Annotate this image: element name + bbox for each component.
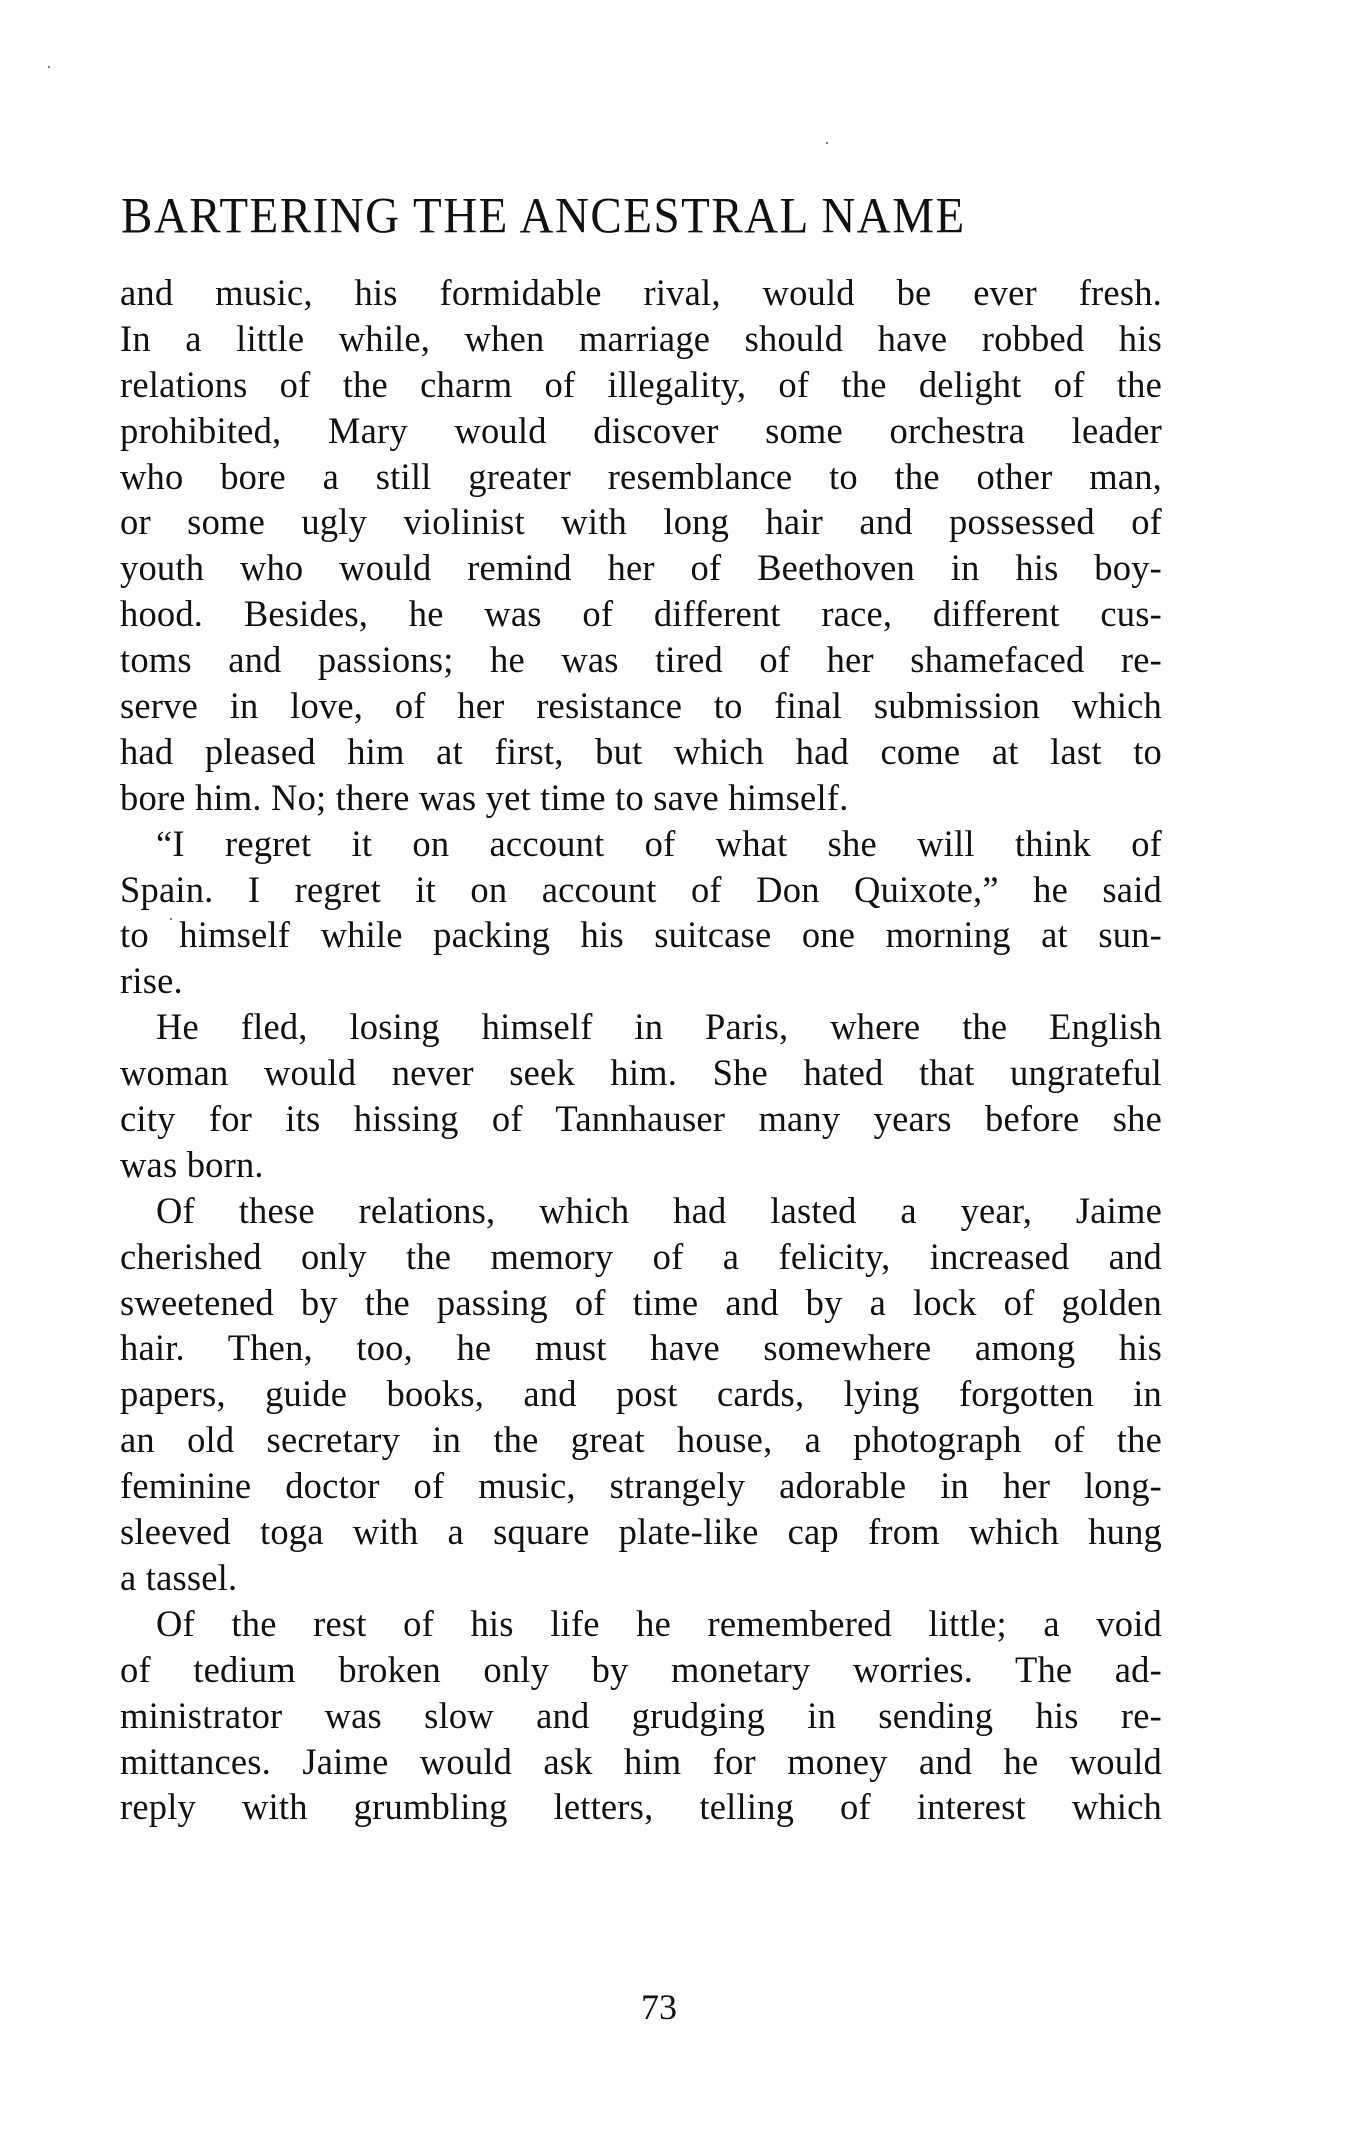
- page-number-value: 73: [641, 1985, 677, 2029]
- text-line: woman would never seek him. She hated th…: [120, 1050, 1162, 1096]
- text-line: of tedium broken only by monetary worrie…: [120, 1647, 1162, 1693]
- text-line: or some ugly violinist with long hair an…: [120, 499, 1162, 545]
- text-line: city for its hissing of Tannhauser many …: [120, 1096, 1162, 1142]
- text-line: ministrator was slow and grudging in sen…: [120, 1693, 1162, 1739]
- text-line: papers, guide books, and post cards, lyi…: [120, 1371, 1162, 1417]
- text-line: mittances. Jaime would ask him for money…: [120, 1739, 1162, 1785]
- text-line: “I regret it on account of what she will…: [120, 821, 1162, 867]
- text-line: youth who would remind her of Beethoven …: [120, 545, 1162, 591]
- text-line: sleeved toga with a square plate-like ca…: [120, 1509, 1162, 1555]
- body-text: and music, his formidable rival, would b…: [120, 270, 1162, 1830]
- page-number: 73: [0, 1985, 1358, 2029]
- text-line: Of these relations, which had lasted a y…: [120, 1188, 1162, 1234]
- running-head: BARTERING THE ANCESTRAL NAME: [121, 186, 1161, 246]
- text-line: sweetened by the passing of time and by …: [120, 1280, 1162, 1326]
- text-line: who bore a still greater resemblance to …: [120, 454, 1162, 500]
- text-line: a tassel.: [120, 1555, 1162, 1601]
- text-line: He fled, losing himself in Paris, where …: [120, 1004, 1162, 1050]
- text-line: relations of the charm of illegality, of…: [120, 362, 1162, 408]
- book-page: BARTERING THE ANCESTRAL NAME and music, …: [0, 0, 1358, 2155]
- text-line: was born.: [120, 1142, 1162, 1188]
- text-line: had pleased him at first, but which had …: [120, 729, 1162, 775]
- text-line: hair. Then, too, he must have somewhere …: [120, 1325, 1162, 1371]
- text-line: and music, his formidable rival, would b…: [120, 270, 1162, 316]
- text-line: prohibited, Mary would discover some orc…: [120, 408, 1162, 454]
- scan-speck: [48, 66, 50, 68]
- text-line: In a little while, when marriage should …: [120, 316, 1162, 362]
- text-line: bore him. No; there was yet time to save…: [120, 775, 1162, 821]
- text-line: feminine doctor of music, strangely ador…: [120, 1463, 1162, 1509]
- scan-speck: [826, 142, 828, 144]
- text-line: cherished only the memory of a felicity,…: [120, 1234, 1162, 1280]
- text-line: reply with grumbling letters, telling of…: [120, 1784, 1162, 1830]
- text-line: toms and passions; he was tired of her s…: [120, 637, 1162, 683]
- text-line: rise.: [120, 958, 1162, 1004]
- text-line: Of the rest of his life he remembered li…: [120, 1601, 1162, 1647]
- text-line: serve in love, of her resistance to fina…: [120, 683, 1162, 729]
- text-line: hood. Besides, he was of different race,…: [120, 591, 1162, 637]
- text-line: an old secretary in the great house, a p…: [120, 1417, 1162, 1463]
- text-line: Spain. I regret it on account of Don Qui…: [120, 867, 1162, 913]
- text-line: to himself while packing his suitcase on…: [120, 912, 1162, 958]
